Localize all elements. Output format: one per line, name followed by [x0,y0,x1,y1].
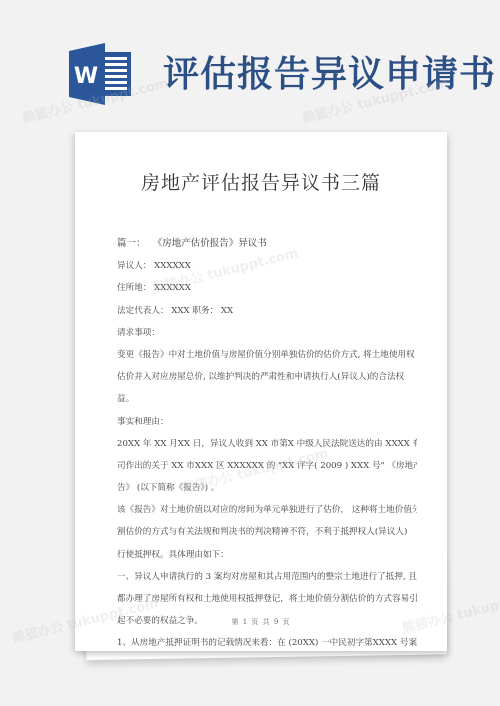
word-document-icon: W [69,43,133,105]
document-page: 房地产评估报告异议书三篇 篇一：《房地产估价报告》异议书 异议人： XXXXXX… [75,132,447,651]
body-line: 法定代表人： XXX 职务： XX [117,300,417,322]
section-title: 《房地产估价报告》异议书 [158,238,267,249]
banner-header: W 评估报告异议申请书 [0,0,500,130]
section-label: 篇一： [117,238,146,249]
section-heading: 篇一：《房地产估价报告》异议书 [117,233,417,255]
svg-text:W: W [74,64,98,89]
body-line: 都办理了房屋所有权和土地使用权抵押登记，将土地价值分割估价的方式容易引 [117,588,417,610]
body-line: 告》 (以下简称《报告》) 。 [117,477,417,499]
body-line: 行使抵押权。具体理由如下： [117,544,417,566]
body-line: 事实和理由： [117,411,417,433]
body-line: 变更《报告》中对土地价值与房屋价值分别单独估价的估价方式, 将土地使用权 [117,344,417,366]
body-line: 异议人： XXXXXX [117,255,417,277]
body-line: 估价并入对应房屋总价, 以维护判决的严肃性和申请执行人(异议人)的合法权 [117,366,417,388]
body-line: 住所地： XXXXXX [117,277,417,299]
page-number-footer: 第 1 页 共 9 页 [75,617,447,627]
body-line: 请求事项： [117,322,417,344]
body-line: 益。 [117,388,417,410]
body-line: 司作出的关于 XX 市XXX 区 XXXXXX 的 "XX 评字( 2009 )… [117,455,417,477]
document-body: 篇一：《房地产估价报告》异议书 异议人： XXXXXX 住所地： XXXXXX … [117,233,417,655]
body-line: 割估价的方式与有关法规和判决书的判决精神不符，不利于抵押权人(异议人) [117,521,417,543]
body-line: 20XX 年 XX 月XX 日，异议人收到 XX 市第X 中级人民法院送达的由 … [117,433,417,455]
banner-title: 评估报告异议申请书 [163,46,496,97]
body-line: 一、异议人申请执行的 3 案均对房屋和其占用范围内的整宗土地进行了抵押, 且 [117,566,417,588]
body-line: 1、从房地产抵押证明书的记载情况来看：在 (20XX) 一中民初字第XXXX 号… [117,632,417,654]
document-title: 房地产评估报告异议书三篇 [75,168,447,195]
body-line: 该《报告》对土地价值以对应的房间为单元单独进行了估价， 这种将土地价值分 [117,499,417,521]
